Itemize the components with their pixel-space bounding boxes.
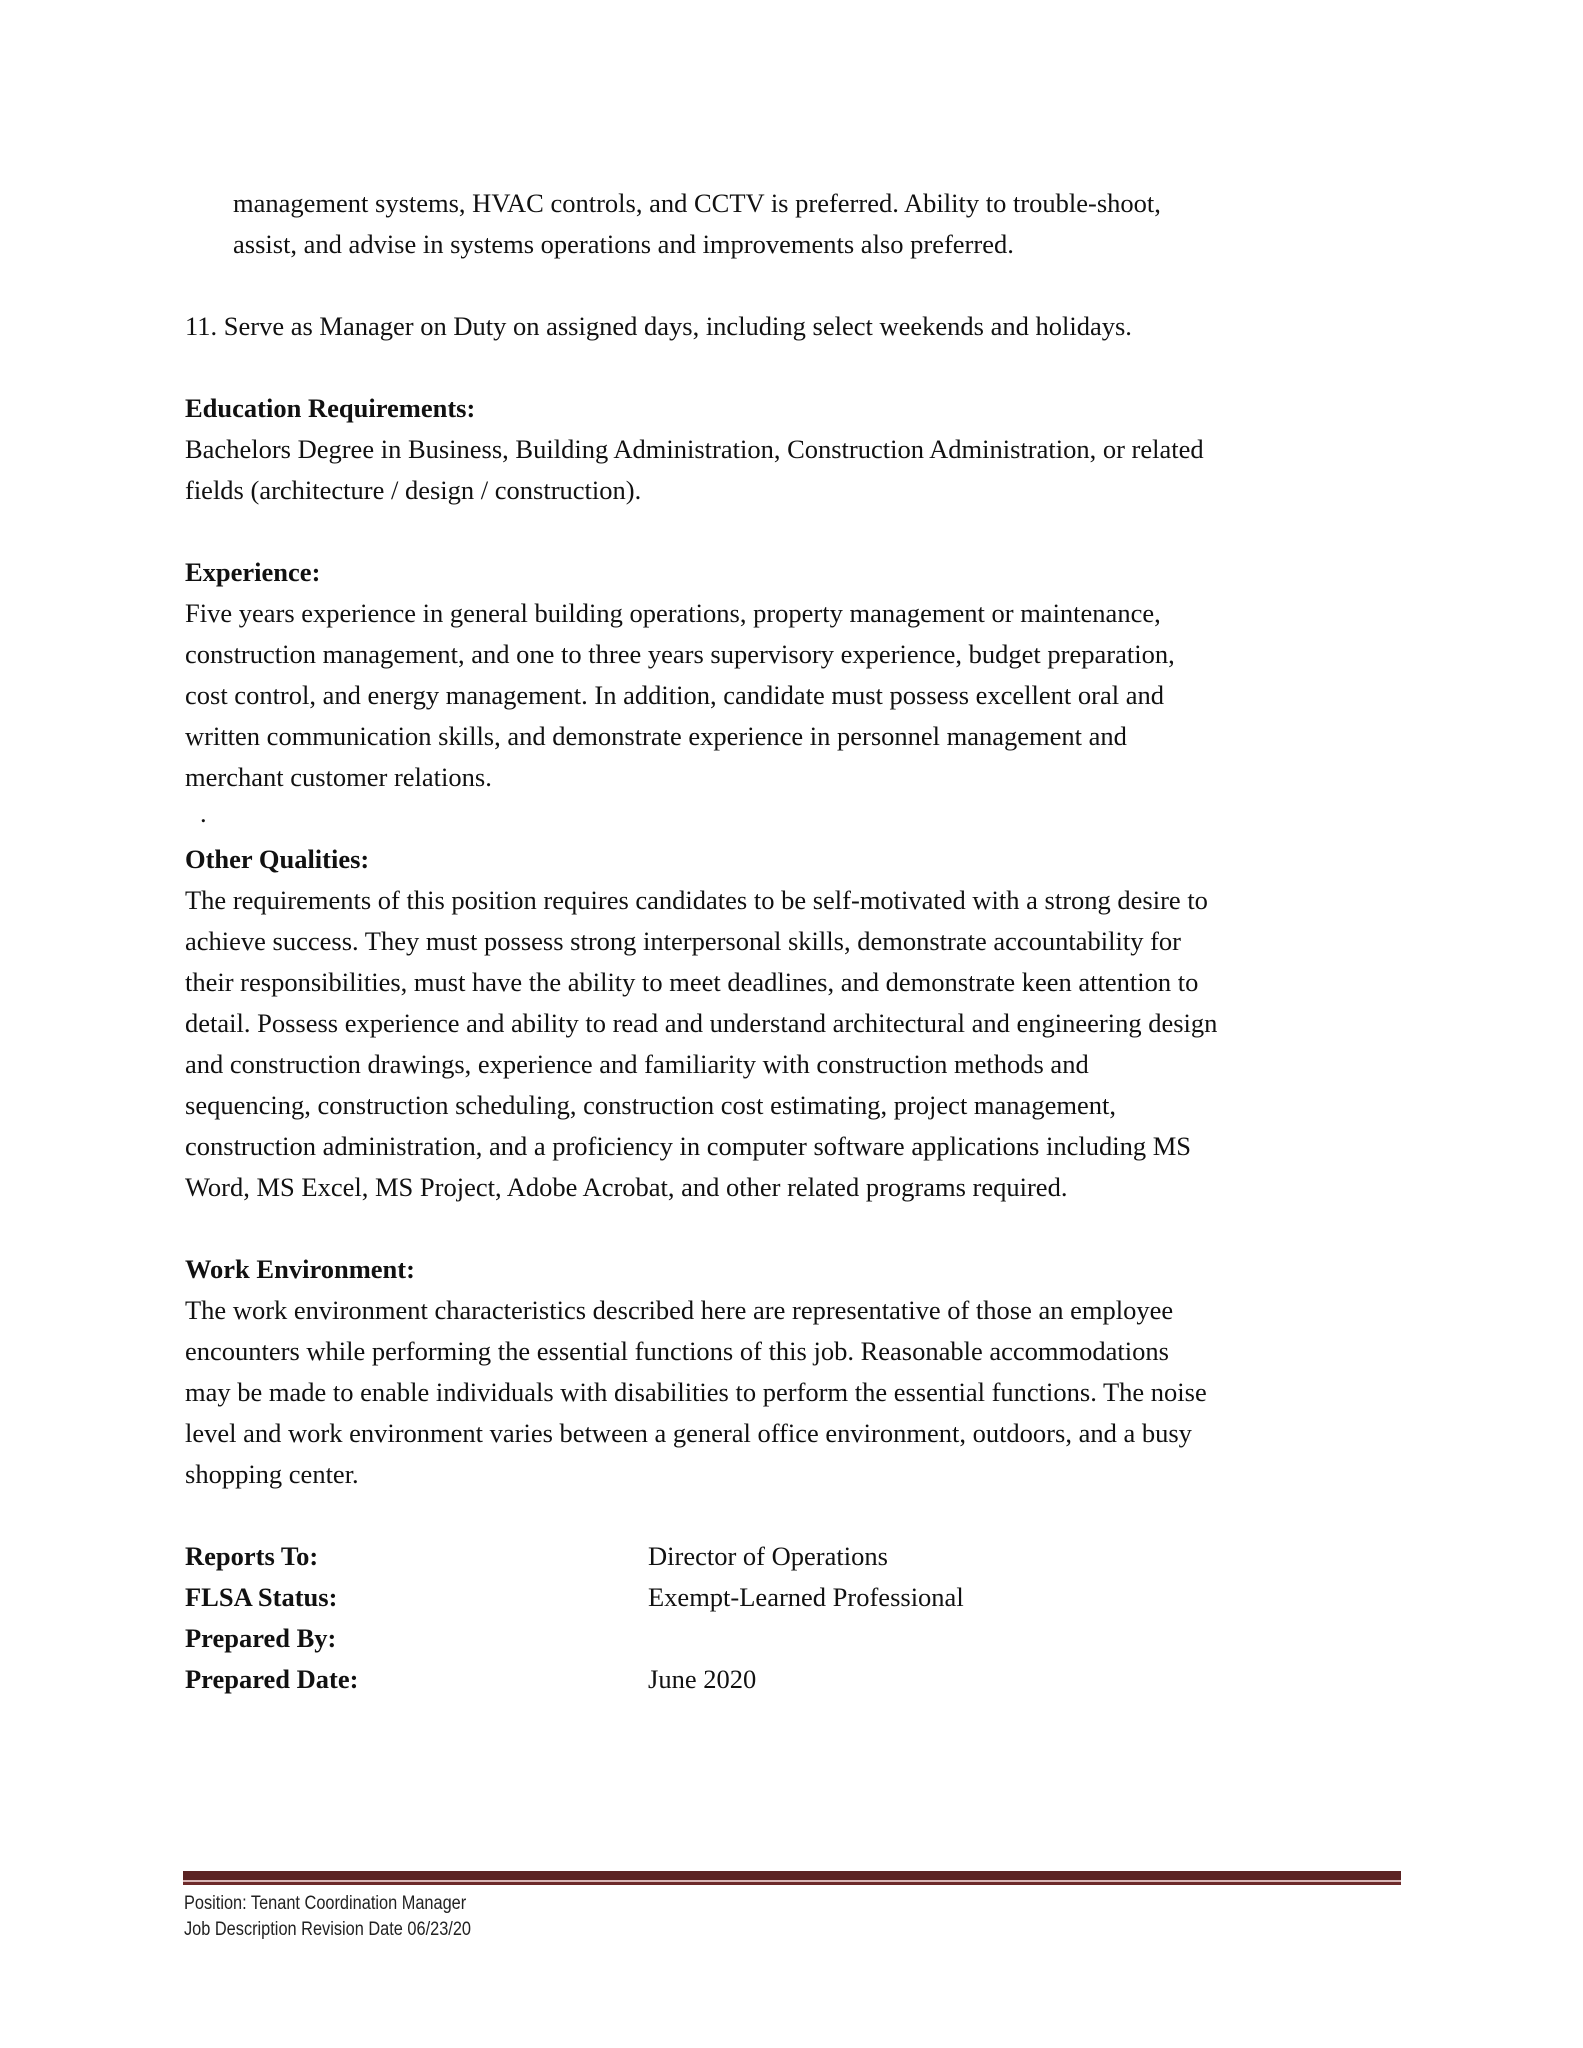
prepared-date-value: June 2020	[648, 1666, 756, 1693]
flsa-status-value: Exempt-Learned Professional	[648, 1584, 964, 1611]
footer-rule	[183, 1871, 1401, 1880]
qualities-line: Word, MS Excel, MS Project, Adobe Acroba…	[185, 1174, 1067, 1201]
work-environment-line: The work environment characteristics des…	[185, 1297, 1173, 1324]
document-page: management systems, HVAC controls, and C…	[0, 0, 1583, 2048]
heading-experience: Experience:	[185, 559, 320, 586]
prepared-date-label: Prepared Date:	[185, 1666, 358, 1693]
qualities-line: and construction drawings, experience an…	[185, 1051, 1089, 1078]
flsa-status-label: FLSA Status:	[185, 1584, 337, 1611]
work-environment-line: may be made to enable individuals with d…	[185, 1379, 1207, 1406]
prepared-by-label: Prepared By:	[185, 1625, 336, 1652]
education-line: Bachelors Degree in Business, Building A…	[185, 436, 1204, 463]
qualities-line: detail. Possess experience and ability t…	[185, 1010, 1217, 1037]
education-line: fields (architecture / design / construc…	[185, 477, 641, 504]
work-environment-line: level and work environment varies betwee…	[185, 1420, 1192, 1447]
work-environment-line: shopping center.	[185, 1461, 359, 1488]
footer-rule-thin	[183, 1882, 1401, 1885]
heading-other-qualities: Other Qualities:	[185, 846, 369, 873]
qualities-line: sequencing, construction scheduling, con…	[185, 1092, 1116, 1119]
qualities-line: construction administration, and a profi…	[185, 1133, 1191, 1160]
heading-education: Education Requirements:	[185, 395, 475, 422]
stray-period: .	[200, 800, 207, 827]
reports-to-value: Director of Operations	[648, 1543, 888, 1570]
experience-line: construction management, and one to thre…	[185, 641, 1175, 668]
experience-line: cost control, and energy management. In …	[185, 682, 1164, 709]
work-environment-line: encounters while performing the essentia…	[185, 1338, 1169, 1365]
footer-revision-date: Job Description Revision Date 06/23/20	[184, 1919, 471, 1941]
list-item-11: 11. Serve as Manager on Duty on assigned…	[185, 313, 1132, 340]
heading-work-environment: Work Environment:	[185, 1256, 415, 1283]
continuation-line: assist, and advise in systems operations…	[233, 231, 1014, 258]
reports-to-label: Reports To:	[185, 1543, 318, 1570]
footer-position: Position: Tenant Coordination Manager	[184, 1893, 466, 1915]
qualities-line: The requirements of this position requir…	[185, 887, 1208, 914]
experience-line: Five years experience in general buildin…	[185, 600, 1161, 627]
qualities-line: achieve success. They must possess stron…	[185, 928, 1181, 955]
experience-line: written communication skills, and demons…	[185, 723, 1127, 750]
qualities-line: their responsibilities, must have the ab…	[185, 969, 1198, 996]
experience-line: merchant customer relations.	[185, 764, 492, 791]
continuation-line: management systems, HVAC controls, and C…	[233, 190, 1161, 217]
